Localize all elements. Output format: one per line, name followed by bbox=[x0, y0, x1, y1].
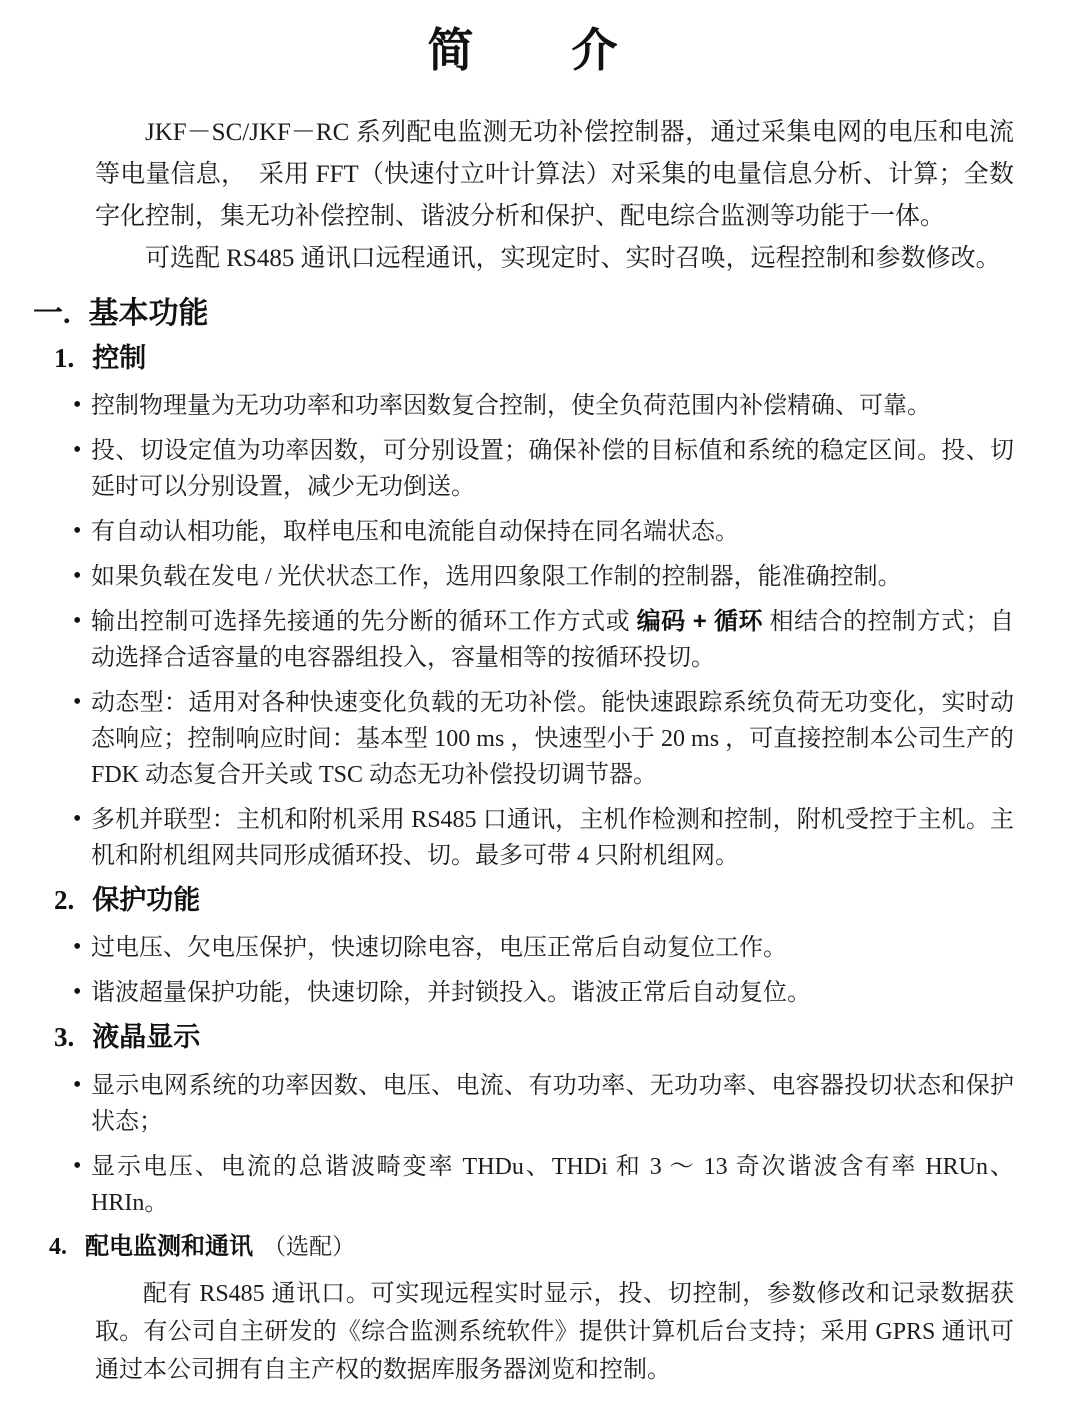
bullet-text-bold: 编码 + 循环 bbox=[637, 608, 763, 635]
bullet-text: 过电压、欠电压保护，快速切除电容，电压正常后自动复位工作。 bbox=[91, 935, 787, 961]
monitoring-paragraph: 配有 RS485 通讯口。可实现远程实时显示，投、切控制，参数修改和记录数据获取… bbox=[95, 1275, 1014, 1389]
bullet-text: 动态型：适用对各种快速变化负载的无功补偿。能快速跟踪系统负荷无功变化，实时动态响… bbox=[91, 690, 1014, 788]
section-heading-lcd-display: 3.液晶显示 bbox=[54, 1021, 1014, 1053]
chapter-number: 一. bbox=[33, 297, 71, 330]
section-number: 2. bbox=[54, 885, 74, 915]
section-protection: 2.保护功能 过电压、欠电压保护，快速切除电容，电压正常后自动复位工作。 谐波超… bbox=[33, 884, 1014, 1011]
section-number: 4. bbox=[49, 1234, 67, 1260]
section-monitoring-communication: 4.配电监测和通讯（选配） 配有 RS485 通讯口。可实现远程实时显示，投、切… bbox=[33, 1233, 1014, 1390]
document-page: 简 介 JKF－SC/JKF－RC 系列配电监测无功补偿控制器，通过采集电网的电… bbox=[0, 0, 1080, 1414]
bullet-item: 过电压、欠电压保护，快速切除电容，电压正常后自动复位工作。 bbox=[72, 930, 1014, 966]
section-title: 保护功能 bbox=[92, 885, 200, 915]
control-bullet-list: 控制物理量为无功功率和功率因数复合控制，使全负荷范围内补偿精确、可靠。 投、切设… bbox=[72, 388, 1014, 874]
bullet-text: 输出控制可选择先接通的先分断的循环工作方式或 bbox=[91, 609, 637, 635]
section-heading-monitoring-communication: 4.配电监测和通讯（选配） bbox=[49, 1233, 1014, 1262]
bullet-item: 显示电网系统的功率因数、电压、电流、有功功率、无功功率、电容器投切状态和保护状态… bbox=[72, 1068, 1014, 1140]
chapter-title: 基本功能 bbox=[89, 297, 209, 330]
bullet-item: 控制物理量为无功功率和功率因数复合控制，使全负荷范围内补偿精确、可靠。 bbox=[72, 388, 1014, 424]
section-lcd-display: 3.液晶显示 显示电网系统的功率因数、电压、电流、有功功率、无功功率、电容器投切… bbox=[33, 1021, 1014, 1220]
bullet-text: 谐波超量保护功能，快速切除，并封锁投入。谐波正常后自动复位。 bbox=[91, 980, 811, 1006]
section-title: 液晶显示 bbox=[92, 1022, 200, 1052]
bullet-text: 投、切设定值为功率因数，可分别设置；确保补偿的目标值和系统的稳定区间。投、切延时… bbox=[91, 438, 1014, 500]
bullet-item: 如果负载在发电 / 光伏状态工作，选用四象限工作制的控制器，能准确控制。 bbox=[72, 559, 1014, 595]
bullet-item: 显示电压、电流的总谐波畸变率 THDu、THDi 和 3 ～ 13 奇次谐波含有… bbox=[72, 1149, 1014, 1221]
section-heading-control: 1.控制 bbox=[54, 342, 1014, 374]
section-number: 1. bbox=[54, 343, 74, 373]
section-heading-protection: 2.保护功能 bbox=[54, 884, 1014, 916]
bullet-item: 输出控制可选择先接通的先分断的循环工作方式或 编码 + 循环 相结合的控制方式；… bbox=[72, 604, 1014, 676]
section-title: 控制 bbox=[92, 343, 146, 373]
lcd-bullet-list: 显示电网系统的功率因数、电压、电流、有功功率、无功功率、电容器投切状态和保护状态… bbox=[72, 1068, 1014, 1221]
bullet-text: 如果负载在发电 / 光伏状态工作，选用四象限工作制的控制器，能准确控制。 bbox=[91, 564, 902, 590]
bullet-item: 谐波超量保护功能，快速切除，并封锁投入。谐波正常后自动复位。 bbox=[72, 975, 1014, 1011]
page-title: 简 介 bbox=[33, 22, 1014, 80]
section-title-suffix: （选配） bbox=[263, 1234, 355, 1259]
chapter-heading-basic-functions: 一.基本功能 bbox=[33, 296, 1014, 332]
intro-paragraph-2: 可选配 RS485 通讯口远程通讯，实现定时、实时召唤，远程控制和参数修改。 bbox=[95, 238, 1014, 280]
bullet-text: 显示电压、电流的总谐波畸变率 THDu、THDi 和 3 ～ 13 奇次谐波含有… bbox=[91, 1154, 1014, 1216]
bullet-text: 多机并联型：主机和附机采用 RS485 口通讯，主机作检测和控制，附机受控于主机… bbox=[91, 807, 1014, 869]
section-number: 3. bbox=[54, 1022, 74, 1052]
section-control: 1.控制 控制物理量为无功功率和功率因数复合控制，使全负荷范围内补偿精确、可靠。… bbox=[33, 342, 1014, 874]
bullet-item: 动态型：适用对各种快速变化负载的无功补偿。能快速跟踪系统负荷无功变化，实时动态响… bbox=[72, 685, 1014, 793]
section-title: 配电监测和通讯 bbox=[85, 1233, 253, 1260]
intro-section: JKF－SC/JKF－RC 系列配电监测无功补偿控制器，通过采集电网的电压和电流… bbox=[33, 112, 1014, 280]
bullet-text: 显示电网系统的功率因数、电压、电流、有功功率、无功功率、电容器投切状态和保护状态… bbox=[91, 1073, 1014, 1135]
bullet-text: 控制物理量为无功功率和功率因数复合控制，使全负荷范围内补偿精确、可靠。 bbox=[91, 393, 931, 419]
protection-bullet-list: 过电压、欠电压保护，快速切除电容，电压正常后自动复位工作。 谐波超量保护功能，快… bbox=[72, 930, 1014, 1011]
bullet-item: 多机并联型：主机和附机采用 RS485 口通讯，主机作检测和控制，附机受控于主机… bbox=[72, 802, 1014, 874]
bullet-item: 有自动认相功能，取样电压和电流能自动保持在同名端状态。 bbox=[72, 514, 1014, 550]
intro-paragraph-1: JKF－SC/JKF－RC 系列配电监测无功补偿控制器，通过采集电网的电压和电流… bbox=[95, 112, 1014, 238]
bullet-item: 投、切设定值为功率因数，可分别设置；确保补偿的目标值和系统的稳定区间。投、切延时… bbox=[72, 433, 1014, 505]
bullet-text: 有自动认相功能，取样电压和电流能自动保持在同名端状态。 bbox=[91, 519, 739, 545]
